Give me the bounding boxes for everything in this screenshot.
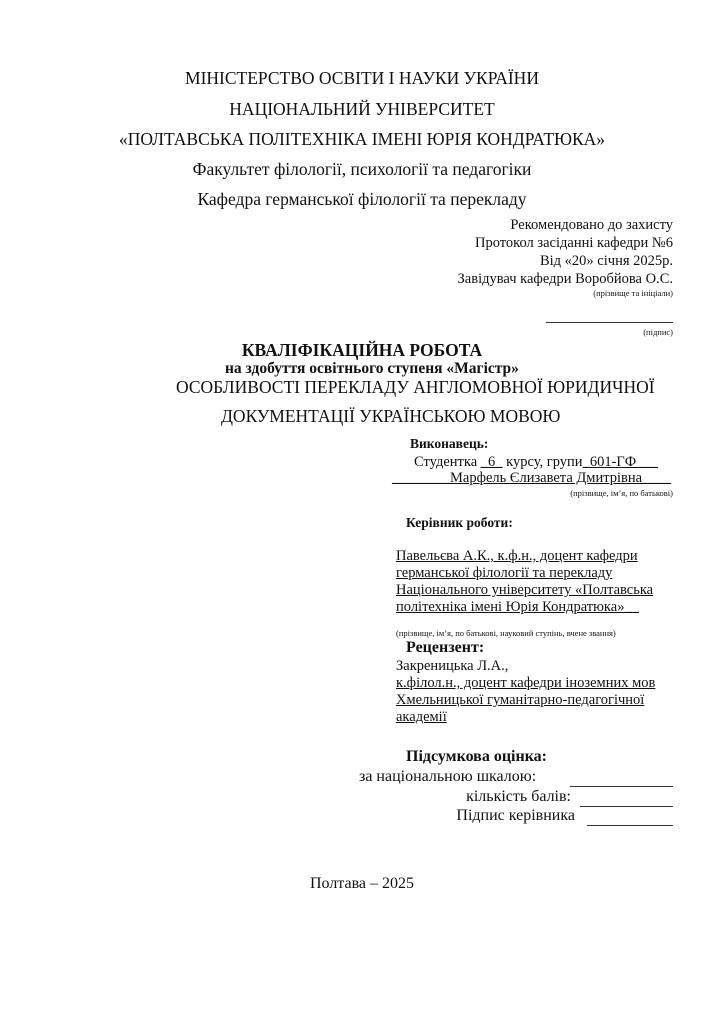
supervisor-signature-field [587,825,673,826]
reviewer-details: Закреницька Л.А., к.філол.н., доцент каф… [396,658,655,726]
student-line: Студентка _6_ курсу, групи_601-ГФ___ [414,454,658,471]
university-name-line1: НАЦІОНАЛЬНИЙ УНІВЕРСИТЕТ [0,99,724,120]
degree-line: на здобуття освітнього ступеня «Магістр» [225,360,519,378]
approval-date: Від «20» січня 2025р. [458,252,673,270]
points-label: кількість балів: [466,788,571,806]
student-name-line: ________Марфель Єлизавета Дмитрівна____ [392,470,671,487]
national-scale-label: за національною шкалою: [359,768,536,786]
student-name: ________Марфель Єлизавета Дмитрівна____ [392,470,671,486]
head-caption: (прізвище та ініціали) [458,288,673,299]
topic-line1: ОСОБЛИВОСТІ ПЕРЕКЛАДУ АНГЛОМОВНОЇ ЮРИДИЧ… [176,377,655,398]
supervisor-label: Керівник роботи: [406,515,513,531]
student-name-caption: (прізвище, ім’я, по батькові) [570,488,673,498]
recommended-text: Рекомендовано до захисту [458,216,673,234]
signature-caption: (підпис) [643,327,673,337]
reviewer-name: Закреницька Л.А., [396,658,655,675]
supervisor-details: Павельєва А.К., к.ф.н., доцент кафедри г… [396,548,653,616]
student-prefix: Студентка [414,454,481,470]
supervisor-signature-label: Підпис керівника [456,807,575,825]
national-scale-field [570,786,673,787]
department-head: Завідувач кафедри Воробйова О.С. [458,270,673,288]
head-signature-line [546,322,673,323]
group-value: _601-ГФ___ [583,454,658,470]
ministry-title: МІНІСТЕРСТВО ОСВІТИ І НАУКИ УКРАЇНИ [0,68,724,89]
performer-label: Виконавець: [410,436,488,452]
work-kind: КВАЛІФІКАЦІЙНА РОБОТА [0,340,724,361]
university-name-line2: «ПОЛТАВСЬКА ПОЛІТЕХНІКА ІМЕНІ ЮРІЯ КОНДР… [0,129,724,150]
course-suffix: курсу, групи [503,454,583,470]
protocol-text: Протокол засіданні кафедри №6 [458,234,673,252]
points-field [580,806,673,807]
grading-label: Підсумкова оцінка: [406,748,547,766]
department-name: Кафедра германської філології та перекла… [0,189,724,210]
course-value: _6_ [481,454,503,470]
supervisor-caption: (прізвище, ім’я, по батькові, науковий с… [396,628,616,638]
reviewer-label: Рецензент: [406,639,484,657]
city-year: Полтава – 2025 [0,875,724,893]
approval-block: Рекомендовано до захисту Протокол засіда… [458,216,673,299]
topic-line2: ДОКУМЕНТАЦІЇ УКРАЇНСЬКОЮ МОВОЮ [221,406,560,427]
faculty-name: Факультет філології, психології та педаг… [0,159,724,180]
